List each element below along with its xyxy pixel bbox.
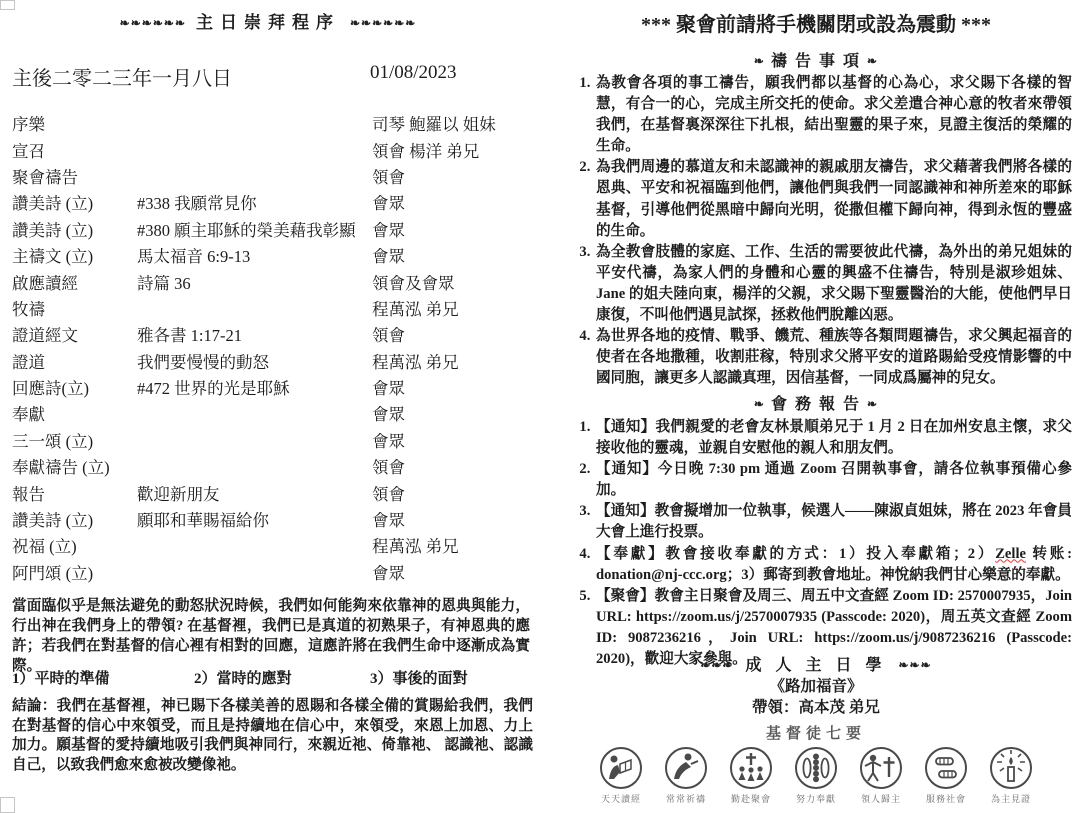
- sunday-school-book: 《路加福音》: [560, 674, 1072, 696]
- program-item: 讚美詩 (立): [12, 217, 137, 241]
- page-title: 主日崇拜程序: [196, 13, 340, 32]
- program-detail: #472 世界的光是耶穌: [137, 375, 372, 399]
- program-detail: 雅各書 1:17-21: [137, 322, 372, 346]
- program-item: 三一頌 (立): [12, 428, 137, 452]
- seven-essential: 常常祈禱: [656, 746, 716, 805]
- seven-essential-label: 常常祈禱: [656, 792, 716, 805]
- program-role: 會眾: [372, 375, 528, 399]
- seven-essential: 努力奉獻: [786, 746, 846, 805]
- seven-essential-label: 努力奉獻: [786, 792, 846, 805]
- outline-point: 2）當時的應對: [194, 667, 370, 688]
- program-item: 回應詩(立): [12, 375, 137, 399]
- service-icon: [924, 746, 968, 790]
- sunday-school-heading-text: 成 人 主 日 學: [745, 657, 886, 674]
- announcements-section-heading: ❧ 會 務 報 告 ❧: [560, 391, 1072, 414]
- seven-essentials-row: 天天讀經 常常祈禱 勤赴聚會: [560, 746, 1072, 805]
- program-role: 領會: [372, 164, 528, 188]
- program-item: 牧禱: [12, 296, 137, 320]
- seven-essential-label: 天天讀經: [591, 792, 651, 805]
- announcement-item: 【通知】今日晚 7:30 pm 通過 Zoom 召開執事會，請各位執事預備心參加…: [594, 459, 1072, 501]
- program-item: 啟應讀經: [12, 270, 137, 294]
- program-detail: #380 願主耶穌的榮美藉我彰顯: [137, 217, 372, 241]
- date-chinese: 主後二零二三年一月八日: [12, 68, 232, 90]
- date-numeric: 01/08/2023: [370, 62, 457, 84]
- program-detail: 馬太福音 6:9-13: [137, 243, 372, 267]
- program-role: 程萬泓 弟兄: [372, 533, 528, 557]
- program-role: 領會: [372, 322, 528, 346]
- sunday-school-leader: 帶領：高本茂 弟兄: [560, 695, 1072, 717]
- program-row: 回應詩(立)#472 世界的光是耶穌會眾: [12, 374, 528, 400]
- program-role: 司琴 鮑羅以 姐妹: [372, 111, 528, 135]
- announcement-item: 【通知】教會擬增加一位執事，候選人——陳淑貞姐妹，將在 2023 年會員大會上進…: [594, 501, 1072, 543]
- program-detail: #338 我願常見你: [137, 190, 372, 214]
- program-role: 會眾: [372, 560, 528, 584]
- sermon-outline: 1）平時的準備 2）當時的應對 3）事後的面對: [12, 667, 530, 688]
- program-row: 聚會禱告領會: [12, 163, 528, 189]
- seven-essentials-title: 基督徒七要: [560, 722, 1072, 743]
- phone-silence-notice: *** 聚會前請將手機關閉或設為震動 ***: [560, 8, 1072, 37]
- announcement-items-list: 【通知】我們親愛的老會友林景順弟兄于 1 月 2 日在加州安息主懷，求父接收他的…: [560, 417, 1072, 670]
- program-row: 啟應讀經詩篇 36領會及會眾: [12, 268, 528, 294]
- seven-essential: 服務社會: [916, 746, 976, 805]
- prayer-heading-text: 禱 告 事 項: [771, 53, 861, 70]
- program-item: 聚會禱告: [12, 164, 137, 188]
- ornament-icon: ❧❧❧: [700, 658, 733, 672]
- offering-icon: [794, 746, 838, 790]
- seven-essential: 天天讀經: [591, 746, 651, 805]
- spellcheck-underlined-word: Zelle: [995, 546, 1026, 562]
- seven-essential: 為主見證: [981, 746, 1041, 805]
- program-role: 程萬泓 弟兄: [372, 296, 528, 320]
- program-item: 讚美詩 (立): [12, 190, 137, 214]
- program-role: 會眾: [372, 243, 528, 267]
- program-detail: 願耶和華賜福給你: [137, 507, 372, 531]
- page-edge-artifact: [0, 797, 15, 813]
- program-item: 阿門頌 (立): [12, 560, 137, 584]
- program-item: 序樂: [12, 111, 137, 135]
- program-row: 主禱文 (立)馬太福音 6:9-13會眾: [12, 242, 528, 268]
- sermon-conclusion-paragraph: 結論：我們在基督裡，神已賜下各樣美善的恩賜和各樣全備的賞賜給我們，我們在對基督的…: [12, 697, 533, 775]
- ornament-icon: ❧: [867, 54, 878, 68]
- sunday-school-heading: ❧❧❧成 人 主 日 學❧❧❧: [560, 652, 1072, 675]
- program-row: 讚美詩 (立)#338 我願常見你會眾: [12, 189, 528, 215]
- program-row: 祝福 (立)程萬泓 弟兄: [12, 532, 528, 558]
- program-item: 主禱文 (立): [12, 243, 137, 267]
- bulletin-header: ❧❧❧❧❧❧主日崇拜程序❧❧❧❧❧❧: [12, 8, 524, 33]
- program-role: 領會 楊洋 弟兄: [372, 138, 528, 162]
- ornament-icon: ❧: [754, 54, 765, 68]
- program-item: 祝福 (立): [12, 533, 137, 557]
- seven-essential-label: 領人歸主: [851, 792, 911, 805]
- ornament-icon: ❧❧❧❧❧❧: [350, 16, 416, 30]
- seven-essential: 領人歸主: [851, 746, 911, 805]
- bible-reading-icon: [599, 746, 643, 790]
- prayer-item: 為教會各項的事工禱告，願我們都以基督的心為心，求父賜下各樣的智慧，有合一的心，完…: [594, 73, 1072, 157]
- prayer-item: 為世界各地的疫情、戰爭、饑荒、種族等各類問題禱告，求父興起福音的使者在各地撒種，…: [594, 326, 1072, 389]
- program-detail: 我們要慢慢的動怒: [137, 349, 372, 373]
- program-item: 證道經文: [12, 322, 137, 346]
- seven-essential-label: 為主見證: [981, 792, 1041, 805]
- ornament-icon: ❧❧❧: [899, 658, 932, 672]
- program-row: 奉獻會眾: [12, 400, 528, 426]
- outline-point: 3）事後的面對: [370, 667, 530, 688]
- program-item: 報告: [12, 481, 137, 505]
- program-role: 領會及會眾: [372, 270, 528, 294]
- program-row: 證道經文雅各書 1:17-21領會: [12, 321, 528, 347]
- program-row: 宣召領會 楊洋 弟兄: [12, 136, 528, 162]
- seven-essential-label: 勤赴聚會: [721, 792, 781, 805]
- program-item: 宣召: [12, 138, 137, 162]
- program-row: 三一頌 (立)會眾: [12, 427, 528, 453]
- program-item: 證道: [12, 349, 137, 373]
- program-detail: 詩篇 36: [137, 270, 372, 294]
- prayer-section-heading: ❧ 禱 告 事 項 ❧: [560, 48, 1072, 71]
- program-item: 奉獻禱告 (立): [12, 454, 137, 478]
- program-row: 牧禱程萬泓 弟兄: [12, 295, 528, 321]
- announcement-item: 【奉獻】教會接收奉獻的方式：1）投入奉獻箱；2）Zelle 转账: donati…: [594, 544, 1072, 586]
- prayer-items-list: 為教會各項的事工禱告，願我們都以基督的心為心，求父賜下各樣的智慧，有合一的心，完…: [560, 73, 1072, 389]
- outline-point: 1）平時的準備: [12, 667, 194, 688]
- prayer-item: 為全教會肢體的家庭、工作、生活的需要彼此代禱，為外出的弟兄姐妹的平安代禱，為家人…: [594, 242, 1072, 326]
- announcement-item: 【通知】我們親愛的老會友林景順弟兄于 1 月 2 日在加州安息主懷，求父接收他的…: [594, 417, 1072, 459]
- ornament-icon: ❧: [754, 397, 765, 411]
- prayer-item: 為我們周邊的慕道友和未認識神的親戚朋友禱告，求父藉著我們將各樣的恩典、平安和祝福…: [594, 157, 1072, 241]
- program-role: 會眾: [372, 217, 528, 241]
- program-role: 會眾: [372, 507, 528, 531]
- announcements-heading-text: 會 務 報 告: [771, 396, 861, 413]
- seven-essentials-section: 基督徒七要 天天讀經 常常祈禱: [560, 722, 1072, 805]
- ornament-icon: ❧: [867, 397, 878, 411]
- fellowship-icon: [729, 746, 773, 790]
- prayer-icon: [664, 746, 708, 790]
- program-row: 讚美詩 (立)#380 願主耶穌的榮美藉我彰顯會眾: [12, 216, 528, 242]
- program-row: 證道我們要慢慢的動怒程萬泓 弟兄: [12, 348, 528, 374]
- program-item: 奉獻: [12, 401, 137, 425]
- program-item: 讚美詩 (立): [12, 507, 137, 531]
- program-row: 報告歡迎新朋友領會: [12, 479, 528, 505]
- program-role: 領會: [372, 454, 528, 478]
- program-role: 程萬泓 弟兄: [372, 349, 528, 373]
- program-role: 會眾: [372, 428, 528, 452]
- sermon-note-paragraph: 當面臨似乎是無法避免的動怒狀況時候，我們如何能夠來依靠神的恩典與能力，行出神在我…: [12, 596, 530, 676]
- program-row: 奉獻禱告 (立)領會: [12, 453, 528, 479]
- program-row: 讚美詩 (立)願耶和華賜福給你會眾: [12, 506, 528, 532]
- worship-program-table: 序樂司琴 鮑羅以 姐妹宣召領會 楊洋 弟兄聚會禱告領會讚美詩 (立)#338 我…: [12, 110, 528, 585]
- program-role: 會眾: [372, 401, 528, 425]
- seven-essential-label: 服務社會: [916, 792, 976, 805]
- seven-essential: 勤赴聚會: [721, 746, 781, 805]
- ornament-icon: ❧❧❧❧❧❧: [120, 16, 186, 30]
- program-detail: 歡迎新朋友: [137, 481, 372, 505]
- witness-icon: [989, 746, 1033, 790]
- program-role: 領會: [372, 481, 528, 505]
- evangelism-icon: [859, 746, 903, 790]
- program-row: 阿門頌 (立)會眾: [12, 559, 528, 585]
- date-row: 主後二零二三年一月八日 01/08/2023: [12, 62, 524, 90]
- program-row: 序樂司琴 鮑羅以 姐妹: [12, 110, 528, 136]
- program-role: 會眾: [372, 190, 528, 214]
